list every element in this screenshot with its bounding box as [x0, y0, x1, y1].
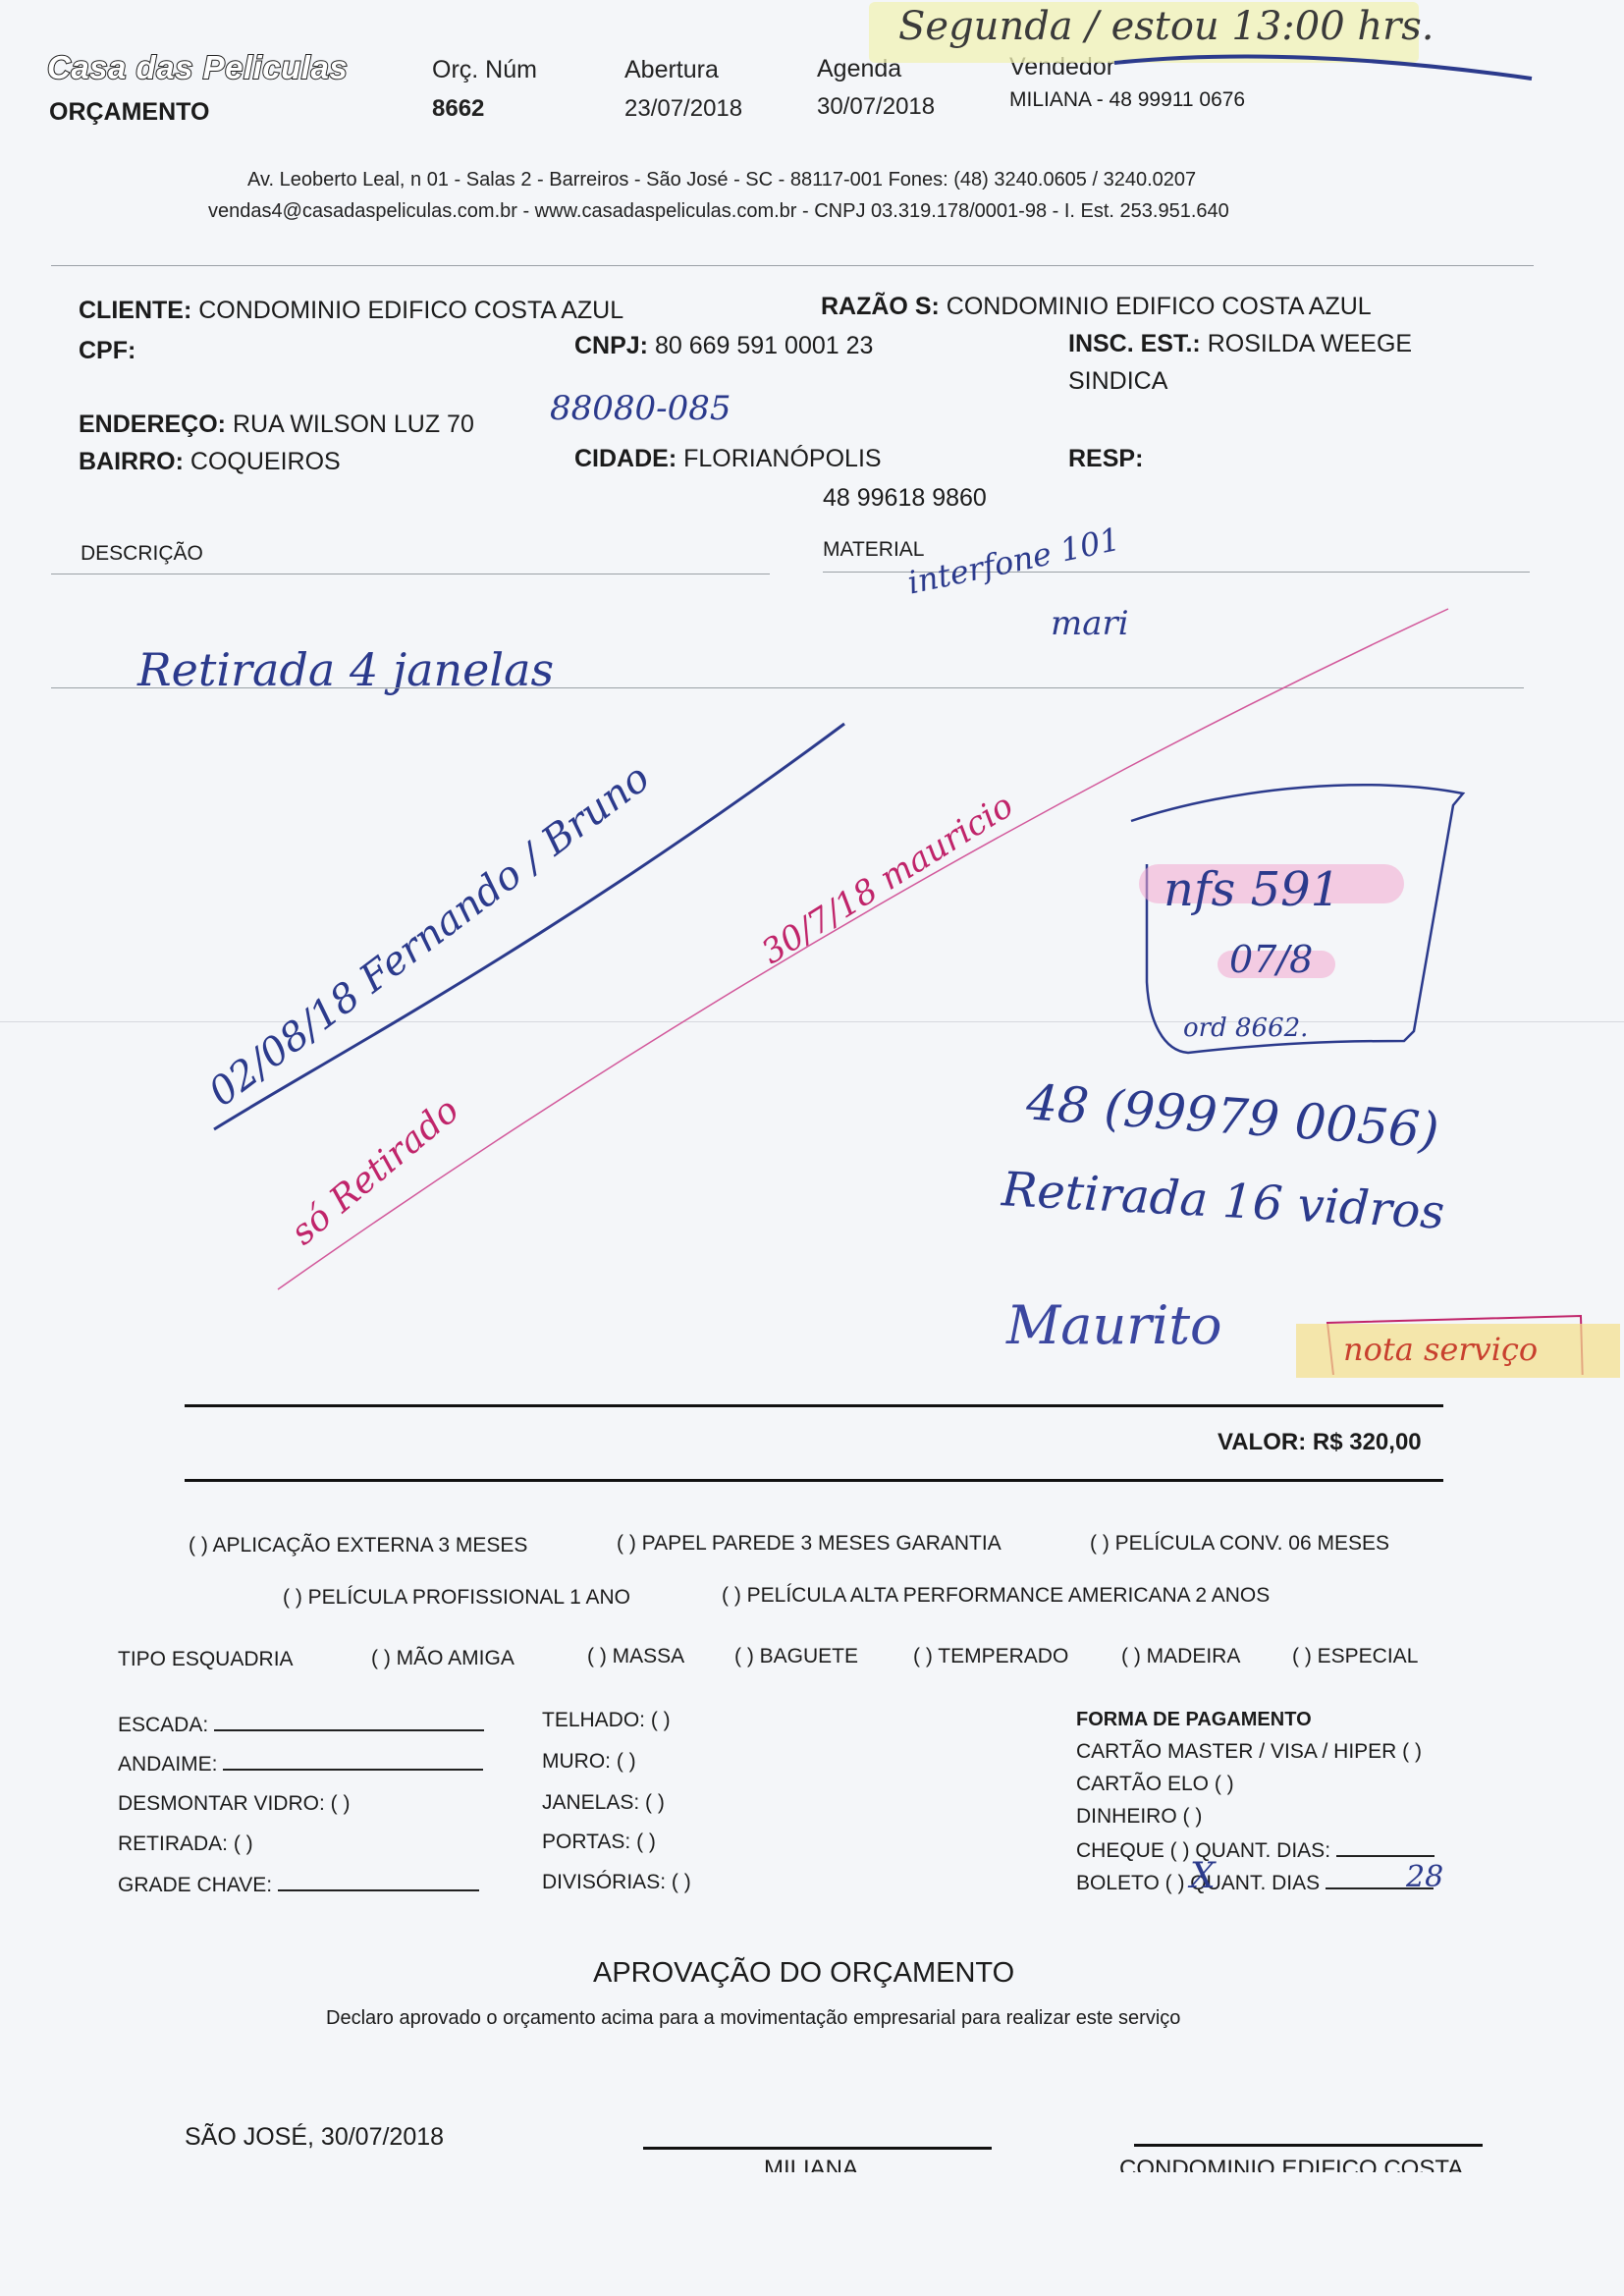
signature-line-2: [1134, 2144, 1483, 2147]
payment-title: FORMA DE PAGAMENTO: [1076, 1709, 1312, 1731]
cliente-field: CLIENTE: CONDOMINIO EDIFICO COSTA AZUL: [79, 297, 623, 325]
cidade-field: CIDADE: FLORIANÓPOLIS: [574, 445, 882, 473]
option-aplicacao-externa[interactable]: ( ) APLICAÇÃO EXTERNA 3 MESES: [189, 1534, 527, 1558]
payment-cartao-master[interactable]: CARTÃO MASTER / VISA / HIPER ( ): [1076, 1740, 1422, 1764]
document-type: ORÇAMENTO: [49, 98, 209, 127]
handwritten-retirada-note: Retirada 16 vidros: [1001, 1162, 1446, 1240]
handwritten-cep: 88080-085: [550, 389, 731, 428]
signature-name-1: MILIANA: [764, 2156, 858, 2172]
divider: [51, 265, 1534, 266]
option-pelicula-alta-performance[interactable]: ( ) PELÍCULA ALTA PERFORMANCE AMERICANA …: [722, 1584, 1270, 1608]
company-address: Av. Leoberto Leal, n 01 - Salas 2 - Barr…: [247, 169, 1196, 191]
cpf-field: CPF:: [79, 337, 135, 365]
payment-boleto[interactable]: BOLETO ( ) QUANT. DIAS: [1076, 1870, 1434, 1895]
cnpj-field: CNPJ: 80 669 591 0001 23: [574, 332, 873, 360]
valor-total: VALOR: R$ 320,00: [1218, 1429, 1422, 1456]
approval-title: APROVAÇÃO DO ORÇAMENTO: [593, 1957, 1014, 1990]
material-label: MATERIAL: [823, 538, 924, 562]
portas-field[interactable]: PORTAS: ( ): [542, 1831, 656, 1854]
option-papel-parede[interactable]: ( ) PAPEL PAREDE 3 MESES GARANTIA: [617, 1532, 1001, 1556]
company-logo: Casa das Peliculas: [47, 49, 348, 86]
handwritten-nfs: nfs 591: [1164, 862, 1340, 917]
option-pelicula-conv[interactable]: ( ) PELÍCULA CONV. 06 MESES: [1090, 1532, 1389, 1556]
orc-num-label: Orç. Núm: [432, 56, 537, 84]
payment-dinheiro[interactable]: DINHEIRO ( ): [1076, 1805, 1202, 1829]
paper-fold: [0, 1021, 1624, 1022]
pen-stroke-icon: [1110, 49, 1542, 88]
endereco-field: ENDEREÇO: RUA WILSON LUZ 70: [79, 410, 474, 439]
insc-est-field: INSC. EST.: ROSILDA WEEGE: [1068, 330, 1412, 358]
resp-label: RESP:: [1068, 445, 1143, 473]
signature-line-1: [643, 2147, 992, 2150]
handwritten-ord: ord 8662.: [1183, 1013, 1308, 1043]
handwritten-signature: Maurito: [1006, 1294, 1222, 1356]
option-pelicula-profissional[interactable]: ( ) PELÍCULA PROFISSIONAL 1 ANO: [283, 1586, 630, 1610]
orc-num-value: 8662: [432, 95, 484, 123]
bairro-field: BAIRRO: COQUEIROS: [79, 448, 341, 476]
muro-field[interactable]: MURO: ( ): [542, 1750, 636, 1774]
telhado-field[interactable]: TELHADO: ( ): [542, 1709, 671, 1732]
abertura-value: 23/07/2018: [624, 95, 742, 123]
divisorias-field[interactable]: DIVISÓRIAS: ( ): [542, 1871, 691, 1894]
boleto-check-mark: X: [1190, 1856, 1216, 1896]
handwritten-diagonal-blue: 02/08/18 Fernando / Bruno: [200, 755, 658, 1116]
razao-field: RAZÃO S: CONDOMINIO EDIFICO COSTA AZUL: [821, 293, 1372, 321]
descricao-line: [51, 687, 1524, 688]
sindica-label: SINDICA: [1068, 367, 1167, 396]
descricao-label: DESCRIÇÃO: [81, 542, 203, 566]
abertura-label: Abertura: [624, 56, 719, 84]
desmontar-vidro-field[interactable]: DESMONTAR VIDRO: ( ): [118, 1792, 350, 1816]
client-phone: 48 99618 9860: [823, 484, 987, 513]
grade-chave-field[interactable]: GRADE CHAVE:: [118, 1872, 479, 1897]
handwritten-material-note2: mari: [1051, 604, 1129, 643]
handwritten-top-note: Segunda / estou 13:00 hrs.: [898, 4, 1435, 49]
retirada-field[interactable]: RETIRADA: ( ): [118, 1832, 253, 1856]
company-contact: vendas4@casadaspeliculas.com.br - www.ca…: [208, 200, 1229, 223]
place-date: SÃO JOSÉ, 30/07/2018: [185, 2123, 444, 2152]
esquadria-massa[interactable]: ( ) MASSA: [587, 1645, 684, 1668]
vendedor-value: MILIANA - 48 99911 0676: [1009, 88, 1245, 112]
esquadria-especial[interactable]: ( ) ESPECIAL: [1292, 1645, 1418, 1668]
handwritten-phone-note: 48 (99979 0056): [1024, 1073, 1440, 1159]
signature-name-2: CONDOMINIO EDIFICO COSTA: [1119, 2156, 1463, 2172]
payment-cheque[interactable]: CHEQUE ( ) QUANT. DIAS:: [1076, 1837, 1435, 1863]
valor-top-line: [185, 1404, 1443, 1407]
boleto-dias-value: 28: [1406, 1860, 1443, 1894]
handwritten-nfs-date: 07/8: [1229, 938, 1313, 981]
esquadria-label: TIPO ESQUADRIA: [118, 1648, 294, 1671]
descricao-underline: [51, 574, 770, 574]
esquadria-madeira[interactable]: ( ) MADEIRA: [1121, 1645, 1240, 1668]
handwritten-material-note: interfone 101: [904, 520, 1123, 602]
janelas-field[interactable]: JANELAS: ( ): [542, 1791, 665, 1815]
handwritten-so-retirado: só Retirado: [284, 1090, 467, 1253]
andaime-field[interactable]: ANDAIME:: [118, 1751, 483, 1777]
agenda-value: 30/07/2018: [817, 93, 935, 121]
escada-field[interactable]: ESCADA:: [118, 1712, 484, 1737]
approval-text: Declaro aprovado o orçamento acima para …: [326, 2007, 1180, 2030]
esquadria-temperado[interactable]: ( ) TEMPERADO: [913, 1645, 1068, 1668]
esquadria-baguete[interactable]: ( ) BAGUETE: [734, 1645, 858, 1668]
handwritten-nota-servico: nota serviço: [1343, 1331, 1538, 1368]
payment-cartao-elo[interactable]: CARTÃO ELO ( ): [1076, 1773, 1234, 1796]
valor-bottom-line: [185, 1479, 1443, 1482]
esquadria-mao-amiga[interactable]: ( ) MÃO AMIGA: [371, 1647, 514, 1670]
handwritten-diagonal-pink: 30/7/18 mauricio: [755, 786, 1020, 972]
